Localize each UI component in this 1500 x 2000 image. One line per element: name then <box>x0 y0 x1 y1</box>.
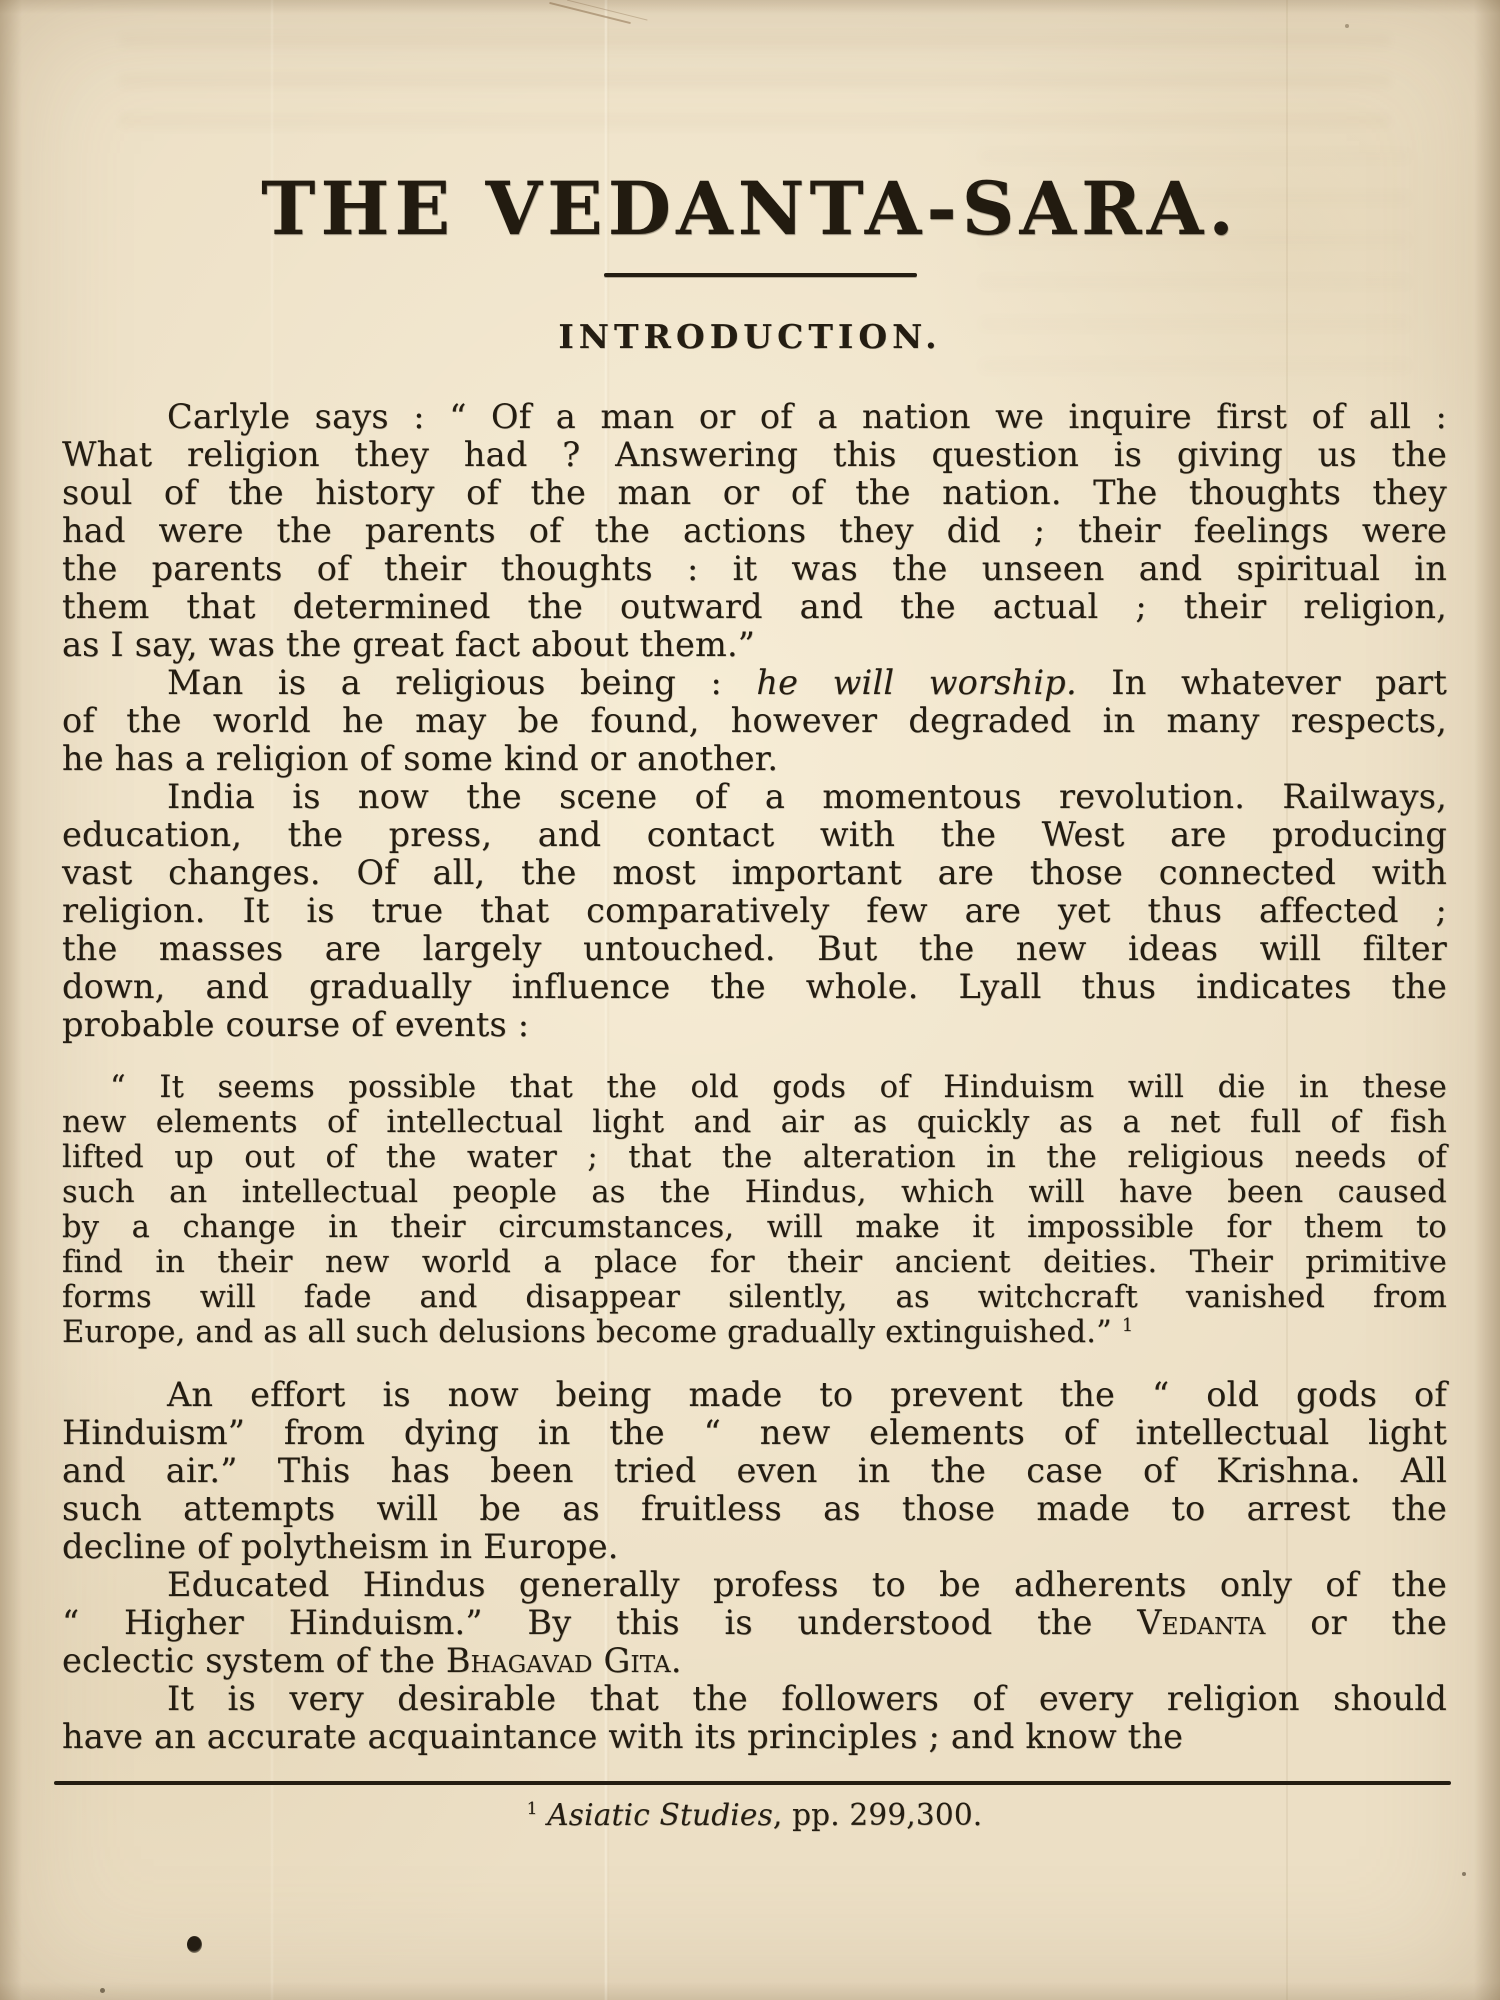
bleedthrough-ghost-text <box>120 34 1390 138</box>
text-line: the parents of their thoughts : it was t… <box>62 550 1447 588</box>
ink-speck <box>1345 24 1349 28</box>
text-line: “ Higher Hinduism.” By this is understoo… <box>62 1604 1447 1642</box>
scan-edge-shadow <box>0 1982 1500 2000</box>
text-line: An effort is now being made to prevent t… <box>62 1376 1447 1414</box>
text-line: Educated Hindus generally profess to be … <box>62 1566 1447 1604</box>
ink-blot <box>187 1936 202 1953</box>
text-line: “ It seems possible that the old gods of… <box>62 1070 1447 1105</box>
text-line: Carlyle says : “ Of a man or of a nation… <box>62 398 1447 436</box>
smallcaps-term-bhagavad-gita: Bhagavad Gita <box>446 1641 671 1680</box>
paragraph-india-revolution: India is now the scene of a momentous re… <box>62 778 1447 1044</box>
book-title: THE VEDANTA-SARA. <box>0 166 1500 252</box>
italic-phrase: he will worship. <box>756 663 1076 702</box>
paragraph-religious-being: Man is a religious being : he will worsh… <box>62 664 1447 778</box>
scan-edge-shadow <box>1474 0 1500 2000</box>
text-line: Europe, and as all such delusions become… <box>62 1315 1447 1350</box>
scan-edge-shadow <box>0 0 1500 14</box>
text-line: lifted up out of the water ; that the al… <box>62 1140 1447 1175</box>
text-run: “ Higher Hinduism.” By this is understoo… <box>62 1603 1137 1642</box>
text-line: eclectic system of the Bhagavad Gita. <box>62 1642 1447 1680</box>
text-line: had were the parents of the actions they… <box>62 512 1447 550</box>
text-line: Hinduism” from dying in the “ new elemen… <box>62 1414 1447 1452</box>
text-line: of the world he may be found, however de… <box>62 702 1447 740</box>
blockquote-lyall: “ It seems possible that the old gods of… <box>62 1070 1447 1350</box>
page-text-block: Carlyle says : “ Of a man or of a nation… <box>62 398 1447 1832</box>
text-line: Man is a religious being : he will worsh… <box>62 664 1447 702</box>
scan-edge-shadow <box>0 0 22 2000</box>
paragraph-educated-hindus: Educated Hindus generally profess to be … <box>62 1566 1447 1680</box>
footnote-pages: , pp. 299,300. <box>773 1798 982 1832</box>
smallcaps-term-vedanta: Vedanta <box>1137 1603 1265 1642</box>
text-run: . <box>671 1641 682 1680</box>
text-run: Man is a religious being : <box>167 663 756 702</box>
text-run: or the <box>1266 1603 1447 1642</box>
text-line: religion. It is true that comparatively … <box>62 892 1447 930</box>
text-line: find in their new world a place for thei… <box>62 1245 1447 1280</box>
text-line: have an accurate acquaintance with its p… <box>62 1718 1447 1756</box>
text-run: eclectic system of the <box>62 1641 446 1680</box>
text-line: the masses are largely untouched. But th… <box>62 930 1447 968</box>
text-line: such an intellectual people as the Hindu… <box>62 1175 1447 1210</box>
footnote-work-title: Asiatic Studies <box>547 1798 773 1832</box>
text-line: he has a religion of some kind or anothe… <box>62 740 1447 778</box>
paragraph-desirable: It is very desirable that the followers … <box>62 1680 1447 1756</box>
scanned-book-page: THE VEDANTA-SARA. INTRODUCTION. Carlyle … <box>0 0 1500 2000</box>
text-line: forms will fade and disappear silently, … <box>62 1280 1447 1315</box>
footnote-reference-marker: 1 <box>1122 1316 1133 1336</box>
text-line: vast changes. Of all, the most important… <box>62 854 1447 892</box>
text-line: as I say, was the great fact about them.… <box>62 626 1447 664</box>
section-heading: INTRODUCTION. <box>0 317 1500 356</box>
footnote-rule <box>54 1781 1451 1785</box>
text-line: decline of polytheism in Europe. <box>62 1528 1447 1566</box>
text-run: In whatever part <box>1077 663 1447 702</box>
text-line: It is very desirable that the followers … <box>62 1680 1447 1718</box>
text-line: India is now the scene of a momentous re… <box>62 778 1447 816</box>
paragraph-carlyle: Carlyle says : “ Of a man or of a nation… <box>62 398 1447 664</box>
text-line: new elements of intellectual light and a… <box>62 1105 1447 1140</box>
text-line: soul of the history of the man or of the… <box>62 474 1447 512</box>
text-run: Europe, and as all such delusions become… <box>62 1315 1112 1350</box>
text-line: down, and gradually influence the whole.… <box>62 968 1447 1006</box>
title-divider-rule <box>604 273 917 277</box>
text-line: What religion they had ? Answering this … <box>62 436 1447 474</box>
text-line: by a change in their circumstances, will… <box>62 1210 1447 1245</box>
ink-speck <box>100 1988 105 1993</box>
footnote: 1 Asiatic Studies, pp. 299,300. <box>62 1798 1447 1832</box>
ink-speck <box>1462 1872 1466 1876</box>
text-line: probable course of events : <box>62 1006 1447 1044</box>
text-line: them that determined the outward and the… <box>62 588 1447 626</box>
text-line: education, the press, and contact with t… <box>62 816 1447 854</box>
text-line: and air.” This has been tried even in th… <box>62 1452 1447 1490</box>
text-line: such attempts will be as fruitless as th… <box>62 1490 1447 1528</box>
paragraph-old-gods-effort: An effort is now being made to prevent t… <box>62 1376 1447 1566</box>
footnote-marker: 1 <box>527 1799 538 1819</box>
